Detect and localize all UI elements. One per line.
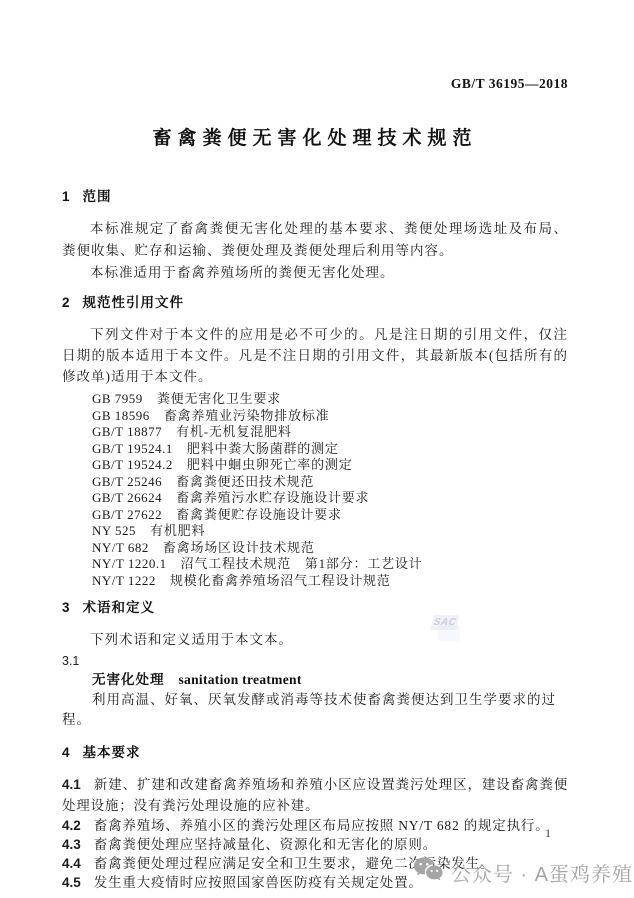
reference-name: 畜禽场场区设计技术规范 <box>163 540 315 555</box>
clause-text: 发生重大疫情时应按照国家兽医防疫有关规定处置。 <box>94 875 423 890</box>
scanned-standard-page: GB/T 36195—2018 畜禽粪便无害化处理技术规范 1范围 本标准规定了… <box>0 0 634 898</box>
reference-name: 畜禽粪便还田技术规范 <box>176 474 314 489</box>
reference-item: GB/T 19524.2肥料中蛔虫卵死亡率的测定 <box>62 457 568 474</box>
reference-name: 畜禽养殖污水贮存设施设计要求 <box>176 490 369 505</box>
reference-code: GB/T 19524.1 <box>92 441 173 456</box>
footer-watermark-text: 公众号 · A蛋鸡养殖 <box>451 858 633 887</box>
reference-code: GB 7959 <box>92 391 143 406</box>
section-heading-terms: 3术语和定义 <box>62 599 568 616</box>
section-number: 2 <box>62 295 70 310</box>
scope-paragraph-2: 本标准适用于畜禽养殖场所的粪便无害化处理。 <box>62 262 568 284</box>
reference-code: GB/T 26624 <box>92 490 162 505</box>
reference-name: 有机-无机复混肥料 <box>176 424 292 439</box>
section-heading-scope: 1范围 <box>62 188 568 205</box>
terms-intro: 下列术语和定义适用于本文本。 <box>62 629 568 651</box>
reference-item: NY/T 682畜禽场场区设计技术规范 <box>62 540 568 557</box>
clause-text: 新建、扩建和改建畜禽养殖场和养殖小区应设置粪污处理区，建设畜禽粪便处理设施；没有… <box>62 777 568 813</box>
clause-item: 4.3畜禽粪便处理应坚持减量化、资源化和无害化的原则。 <box>62 836 568 854</box>
term-chinese: 无害化处理 <box>92 672 165 687</box>
page-content: GB/T 36195—2018 畜禽粪便无害化处理技术规范 1范围 本标准规定了… <box>62 0 568 892</box>
clause-item: 4.1新建、扩建和改建畜禽养殖场和养殖小区应设置粪污处理区，建设畜禽粪便处理设施… <box>62 774 568 816</box>
term-item-number: 3.1 <box>62 653 568 669</box>
reference-item: GB 7959粪便无害化卫生要求 <box>62 391 568 408</box>
reference-item: GB/T 18877有机-无机复混肥料 <box>62 424 568 441</box>
scope-paragraph-1: 本标准规定了畜禽粪便无害化处理的基本要求、粪便处理场选址及布局、粪便收集、贮存和… <box>62 218 568 262</box>
section-title: 范围 <box>83 189 112 204</box>
reference-code: GB 18596 <box>92 408 150 423</box>
section-number: 1 <box>62 189 70 204</box>
term-english: sanitation treatment <box>179 672 302 687</box>
reference-item: NY/T 1222规模化畜禽养殖场沼气工程设计规范 <box>62 573 568 590</box>
clause-number: 4.1 <box>62 777 81 792</box>
reference-name: 畜禽粪便贮存设施设计要求 <box>176 507 342 522</box>
clause-text: 畜禽粪便处理应坚持减量化、资源化和无害化的原则。 <box>94 837 437 852</box>
term-definition-heading: 无害化处理sanitation treatment <box>62 671 568 689</box>
clause-item: 4.2畜禽养殖场、养殖小区的粪污处理区布局应按照 NY/T 682 的规定执行。 <box>62 817 568 835</box>
reference-code: NY/T 1222 <box>92 573 156 588</box>
section-heading-basic-requirements: 4基本要求 <box>62 744 568 761</box>
reference-code: NY/T 1220.1 <box>92 556 167 571</box>
reference-name: 肥料中蛔虫卵死亡率的测定 <box>187 457 353 472</box>
reference-code: GB/T 25246 <box>92 474 162 489</box>
reference-item: GB/T 25246畜禽粪便还田技术规范 <box>62 474 568 491</box>
reference-code: GB/T 27622 <box>92 507 162 522</box>
clause-number: 4.4 <box>62 856 81 871</box>
section-number: 3 <box>62 600 70 615</box>
reference-item: GB/T 26624畜禽养殖污水贮存设施设计要求 <box>62 490 568 507</box>
wechat-icon <box>413 856 443 888</box>
reference-name: 粪便无害化卫生要求 <box>157 391 281 406</box>
section-number: 4 <box>62 745 70 760</box>
clause-text: 畜禽养殖场、养殖小区的粪污处理区布局应按照 NY/T 682 的规定执行。 <box>94 818 550 833</box>
reference-item: GB/T 27622畜禽粪便贮存设施设计要求 <box>62 507 568 524</box>
reference-name: 规模化畜禽养殖场沼气工程设计规范 <box>170 573 391 588</box>
clause-number: 4.5 <box>62 875 81 890</box>
reference-name: 畜禽养殖业污染物排放标准 <box>164 408 330 423</box>
clause-number: 4.3 <box>62 837 81 852</box>
reference-name: 肥料中粪大肠菌群的测定 <box>187 441 339 456</box>
reference-item: GB/T 19524.1肥料中粪大肠菌群的测定 <box>62 441 568 458</box>
reference-name: 有机肥料 <box>150 523 205 538</box>
footer-watermark: 公众号 · A蛋鸡养殖 <box>413 856 633 888</box>
section-title: 规范性引用文件 <box>83 295 185 310</box>
reference-code: NY/T 682 <box>92 540 149 555</box>
reference-name: 沼气工程技术规范 第1部分：工艺设计 <box>181 556 423 571</box>
reference-code: NY 525 <box>92 523 136 538</box>
references-intro: 下列文件对于本文件的应用是必不可少的。凡是注日期的引用文件，仅注日期的版本适用于… <box>62 324 568 387</box>
reference-list: GB 7959粪便无害化卫生要求 GB 18596畜禽养殖业污染物排放标准 GB… <box>62 391 568 589</box>
section-title: 术语和定义 <box>83 600 156 615</box>
doc-code: GB/T 36195—2018 <box>62 76 568 92</box>
section-heading-normative-references: 2规范性引用文件 <box>62 294 568 311</box>
page-title: 畜禽粪便无害化处理技术规范 <box>62 123 568 150</box>
section-title: 基本要求 <box>83 745 141 760</box>
term-definition-text: 利用高温、好氧、厌氧发酵或消毒等技术使畜禽粪便达到卫生学要求的过程。 <box>62 690 568 730</box>
reference-item: GB 18596畜禽养殖业污染物排放标准 <box>62 408 568 425</box>
reference-item: NY/T 1220.1沼气工程技术规范 第1部分：工艺设计 <box>62 556 568 573</box>
reference-code: GB/T 18877 <box>92 424 162 439</box>
page-number: 1 <box>545 826 551 841</box>
reference-item: NY 525有机肥料 <box>62 523 568 540</box>
clause-number: 4.2 <box>62 818 81 833</box>
reference-code: GB/T 19524.2 <box>92 457 173 472</box>
